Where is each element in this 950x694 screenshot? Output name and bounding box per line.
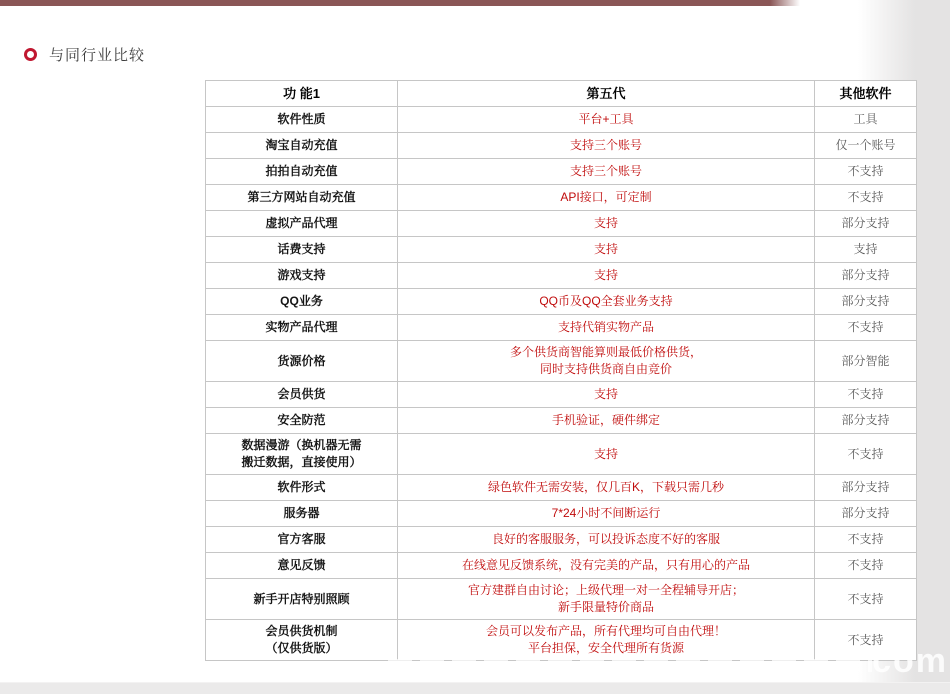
row-product-cell: 支持三个账号: [398, 159, 815, 185]
table-row: QQ业务QQ币及QQ全套业务支持部分支持: [206, 289, 917, 315]
section-header: 与同行业比较: [24, 44, 145, 65]
page-top-accent-bar: [0, 0, 800, 6]
row-feature-cell: 拍拍自动充值: [206, 159, 398, 185]
row-feature-cell: 会员供货机制 （仅供货版）: [206, 620, 398, 661]
table-row: 实物产品代理支持代销实物产品不支持: [206, 315, 917, 341]
row-feature-cell: 官方客服: [206, 527, 398, 553]
table-row: 拍拍自动充值支持三个账号不支持: [206, 159, 917, 185]
row-feature-cell: 软件性质: [206, 107, 398, 133]
bullet-circle-icon: [24, 48, 37, 61]
table-row: 会员供货支持不支持: [206, 382, 917, 408]
comparison-table-body: 软件性质平台+工具工具淘宝自动充值支持三个账号仅一个账号拍拍自动充值支持三个账号…: [206, 107, 917, 661]
row-product-cell: API接口，可定制: [398, 185, 815, 211]
row-product-cell: 支持: [398, 434, 815, 475]
table-row: 会员供货机制 （仅供货版）会员可以发布产品，所有代理均可自由代理！ 平台担保，安…: [206, 620, 917, 661]
row-others-cell: 不支持: [815, 620, 917, 661]
table-row: 虚拟产品代理支持部分支持: [206, 211, 917, 237]
row-feature-cell: 实物产品代理: [206, 315, 398, 341]
row-product-cell: 平台+工具: [398, 107, 815, 133]
page-bottom-gutter: [0, 682, 950, 694]
row-others-cell: 支持: [815, 237, 917, 263]
row-feature-cell: 服务器: [206, 501, 398, 527]
row-feature-cell: 话费支持: [206, 237, 398, 263]
row-feature-cell: 新手开店特别照顾: [206, 579, 398, 620]
table-row: 第三方网站自动充值API接口，可定制不支持: [206, 185, 917, 211]
table-row: 安全防范手机验证，硬件绑定部分支持: [206, 408, 917, 434]
row-others-cell: 部分支持: [815, 408, 917, 434]
table-row: 游戏支持支持部分支持: [206, 263, 917, 289]
table-row: 官方客服良好的客服服务，可以投诉态度不好的客服不支持: [206, 527, 917, 553]
row-product-cell: 会员可以发布产品，所有代理均可自由代理！ 平台担保，安全代理所有货源: [398, 620, 815, 661]
row-feature-cell: 意见反馈: [206, 553, 398, 579]
row-product-cell: 多个供货商智能算则最低价格供货， 同时支持供货商自由竞价: [398, 341, 815, 382]
row-product-cell: 支持: [398, 237, 815, 263]
row-feature-cell: 会员供货: [206, 382, 398, 408]
header-product: 第五代: [398, 81, 815, 107]
row-feature-cell: 安全防范: [206, 408, 398, 434]
row-others-cell: 不支持: [815, 159, 917, 185]
comparison-table-container: 功 能1 第五代 其他软件 软件性质平台+工具工具淘宝自动充值支持三个账号仅一个…: [205, 80, 917, 661]
row-others-cell: 不支持: [815, 553, 917, 579]
row-product-cell: 支持: [398, 382, 815, 408]
table-row: 话费支持支持支持: [206, 237, 917, 263]
row-feature-cell: 游戏支持: [206, 263, 398, 289]
comparison-table: 功 能1 第五代 其他软件 软件性质平台+工具工具淘宝自动充值支持三个账号仅一个…: [205, 80, 917, 661]
row-product-cell: 支持: [398, 211, 815, 237]
row-product-cell: 支持代销实物产品: [398, 315, 815, 341]
row-product-cell: 在线意见反馈系统，没有完美的产品，只有用心的产品: [398, 553, 815, 579]
row-feature-cell: 数据漫游（换机器无需 搬迁数据，直接使用）: [206, 434, 398, 475]
header-feature: 功 能1: [206, 81, 398, 107]
row-feature-cell: 货源价格: [206, 341, 398, 382]
table-row: 数据漫游（换机器无需 搬迁数据，直接使用）支持不支持: [206, 434, 917, 475]
row-feature-cell: 第三方网站自动充值: [206, 185, 398, 211]
row-feature-cell: 虚拟产品代理: [206, 211, 398, 237]
section-title: 与同行业比较: [49, 44, 145, 65]
table-row: 软件形式绿色软件无需安装，仅几百K，下载只需几秒部分支持: [206, 475, 917, 501]
row-others-cell: 工具: [815, 107, 917, 133]
table-row: 货源价格多个供货商智能算则最低价格供货， 同时支持供货商自由竞价部分智能: [206, 341, 917, 382]
row-others-cell: 不支持: [815, 185, 917, 211]
row-others-cell: 不支持: [815, 382, 917, 408]
row-product-cell: 7*24小时不间断运行: [398, 501, 815, 527]
row-product-cell: 手机验证，硬件绑定: [398, 408, 815, 434]
row-others-cell: 不支持: [815, 434, 917, 475]
table-row: 服务器7*24小时不间断运行部分支持: [206, 501, 917, 527]
row-product-cell: 支持三个账号: [398, 133, 815, 159]
row-feature-cell: QQ业务: [206, 289, 398, 315]
row-others-cell: 部分支持: [815, 211, 917, 237]
row-product-cell: 官方建群自由讨论；上级代理一对一全程辅导开店； 新手限量特价商品: [398, 579, 815, 620]
row-others-cell: 部分支持: [815, 501, 917, 527]
header-others: 其他软件: [815, 81, 917, 107]
row-others-cell: 部分智能: [815, 341, 917, 382]
row-product-cell: 良好的客服服务，可以投诉态度不好的客服: [398, 527, 815, 553]
row-product-cell: 绿色软件无需安装，仅几百K，下载只需几秒: [398, 475, 815, 501]
row-feature-cell: 淘宝自动充值: [206, 133, 398, 159]
table-header-row: 功 能1 第五代 其他软件: [206, 81, 917, 107]
row-others-cell: 不支持: [815, 527, 917, 553]
row-others-cell: 不支持: [815, 315, 917, 341]
table-row: 软件性质平台+工具工具: [206, 107, 917, 133]
row-product-cell: QQ币及QQ全套业务支持: [398, 289, 815, 315]
row-others-cell: 不支持: [815, 579, 917, 620]
table-row: 淘宝自动充值支持三个账号仅一个账号: [206, 133, 917, 159]
row-others-cell: 仅一个账号: [815, 133, 917, 159]
row-others-cell: 部分支持: [815, 475, 917, 501]
row-others-cell: 部分支持: [815, 289, 917, 315]
row-product-cell: 支持: [398, 263, 815, 289]
table-row: 新手开店特别照顾官方建群自由讨论；上级代理一对一全程辅导开店； 新手限量特价商品…: [206, 579, 917, 620]
row-feature-cell: 软件形式: [206, 475, 398, 501]
row-others-cell: 部分支持: [815, 263, 917, 289]
table-row: 意见反馈在线意见反馈系统，没有完美的产品，只有用心的产品不支持: [206, 553, 917, 579]
